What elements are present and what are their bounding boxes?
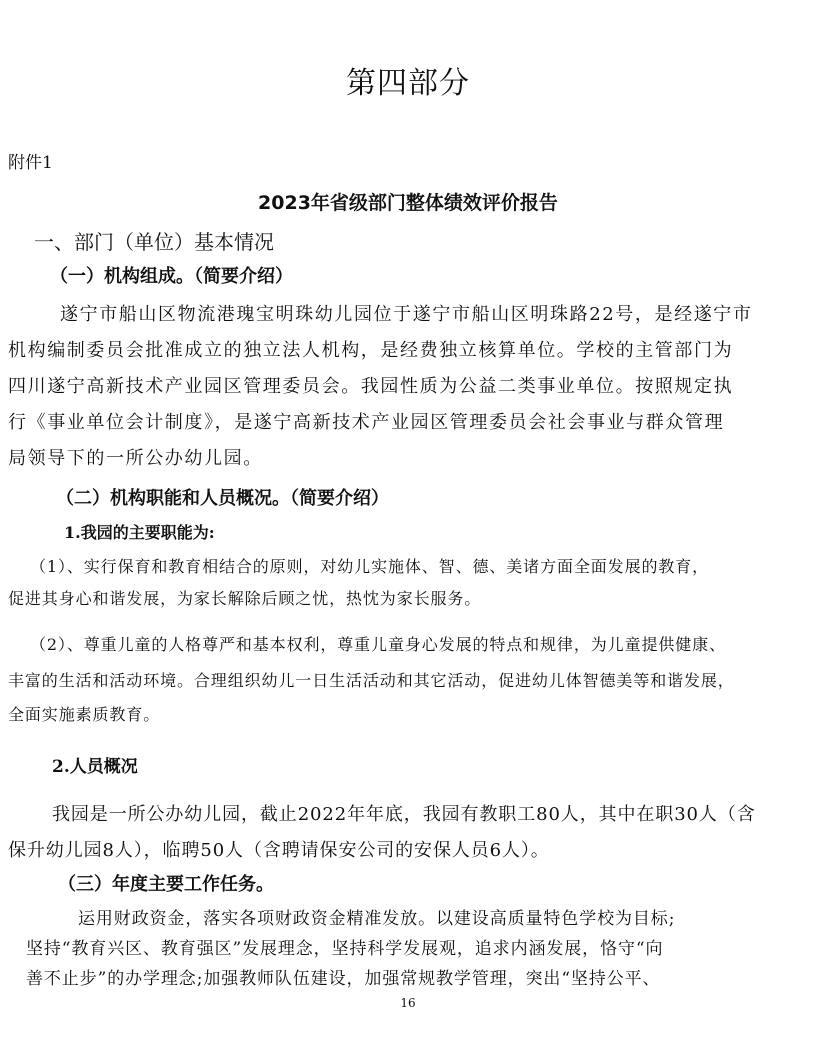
paragraph-line: 丰富的生活和活动环境。合理组织幼儿一日生活活动和其它活动，促进幼儿体智德美等和谐… <box>8 668 735 691</box>
attachment-label: 附件1 <box>8 148 53 173</box>
paragraph-line: 全面实施素质教育。 <box>8 702 160 725</box>
staff-heading: 2.人员概况 <box>52 752 138 777</box>
paragraph-line: 坚持“教育兴区、教育强区”发展理念，坚持科学发展观，追求内涵发展，恪守“向 <box>26 934 663 959</box>
paragraph-line: 局领导下的一所公办幼儿园。 <box>8 444 263 470</box>
paragraph-line: 善不止步”的办学理念;加强教师队伍建设，加强常规教学管理，突出“坚持公平、 <box>26 964 660 989</box>
paragraph-line: 我园是一所公办幼儿园，截止2022年年底，我园有教职工80人，其中在职30人（含 <box>52 800 756 826</box>
subsection-heading-functions-staff: （二）机构职能和人员概况。（简要介绍） <box>56 484 389 510</box>
subsection-heading-annual-tasks: （三）年度主要工作任务。 <box>58 870 274 896</box>
functions-heading: 1.我园的主要职能为: <box>64 520 215 543</box>
report-title: 2023年省级部门整体绩效评价报告 <box>0 188 816 215</box>
paragraph-line: 运用财政资金，落实各项财政资金精准发放。以建设高质量特色学校为目标; <box>78 904 675 929</box>
paragraph-line: （1）、实行保育和教育相结合的原则，对幼儿实施体、智、德、美诸方面全面发展的教育… <box>30 554 709 577</box>
part-title: 第四部分 <box>0 58 816 102</box>
paragraph-line: 促进其身心和谐发展，为家长解除后顾之忧，热忱为家长服务。 <box>8 586 481 609</box>
page-number: 16 <box>0 996 816 1010</box>
paragraph-line: 遂宁市船山区物流港瑰宝明珠幼儿园位于遂宁市船山区明珠路22号，是经遂宁市 <box>60 300 753 326</box>
paragraph-line: 机构编制委员会批准成立的独立法人机构，是经费独立核算单位。学校的主管部门为 <box>8 336 733 362</box>
paragraph-line: 四川遂宁高新技术产业园区管理委员会。我园性质为公益二类事业单位。按照规定执 <box>8 372 733 398</box>
paragraph-line: 保升幼儿园8人），临聘50人（含聘请保安公司的安保人员6人）。 <box>8 836 550 862</box>
subsection-heading-organization: （一）机构组成。（简要介绍） <box>50 262 293 288</box>
section-heading-basic-info: 一、部门（单位）基本情况 <box>34 226 274 255</box>
paragraph-line: （2）、尊重儿童的人格尊严和基本权利，尊重儿童身心发展的特点和规律，为儿童提供健… <box>30 632 726 655</box>
paragraph-line: 行《事业单位会计制度》，是遂宁高新技术产业园区管理委员会社会事业与群众管理 <box>8 408 724 434</box>
